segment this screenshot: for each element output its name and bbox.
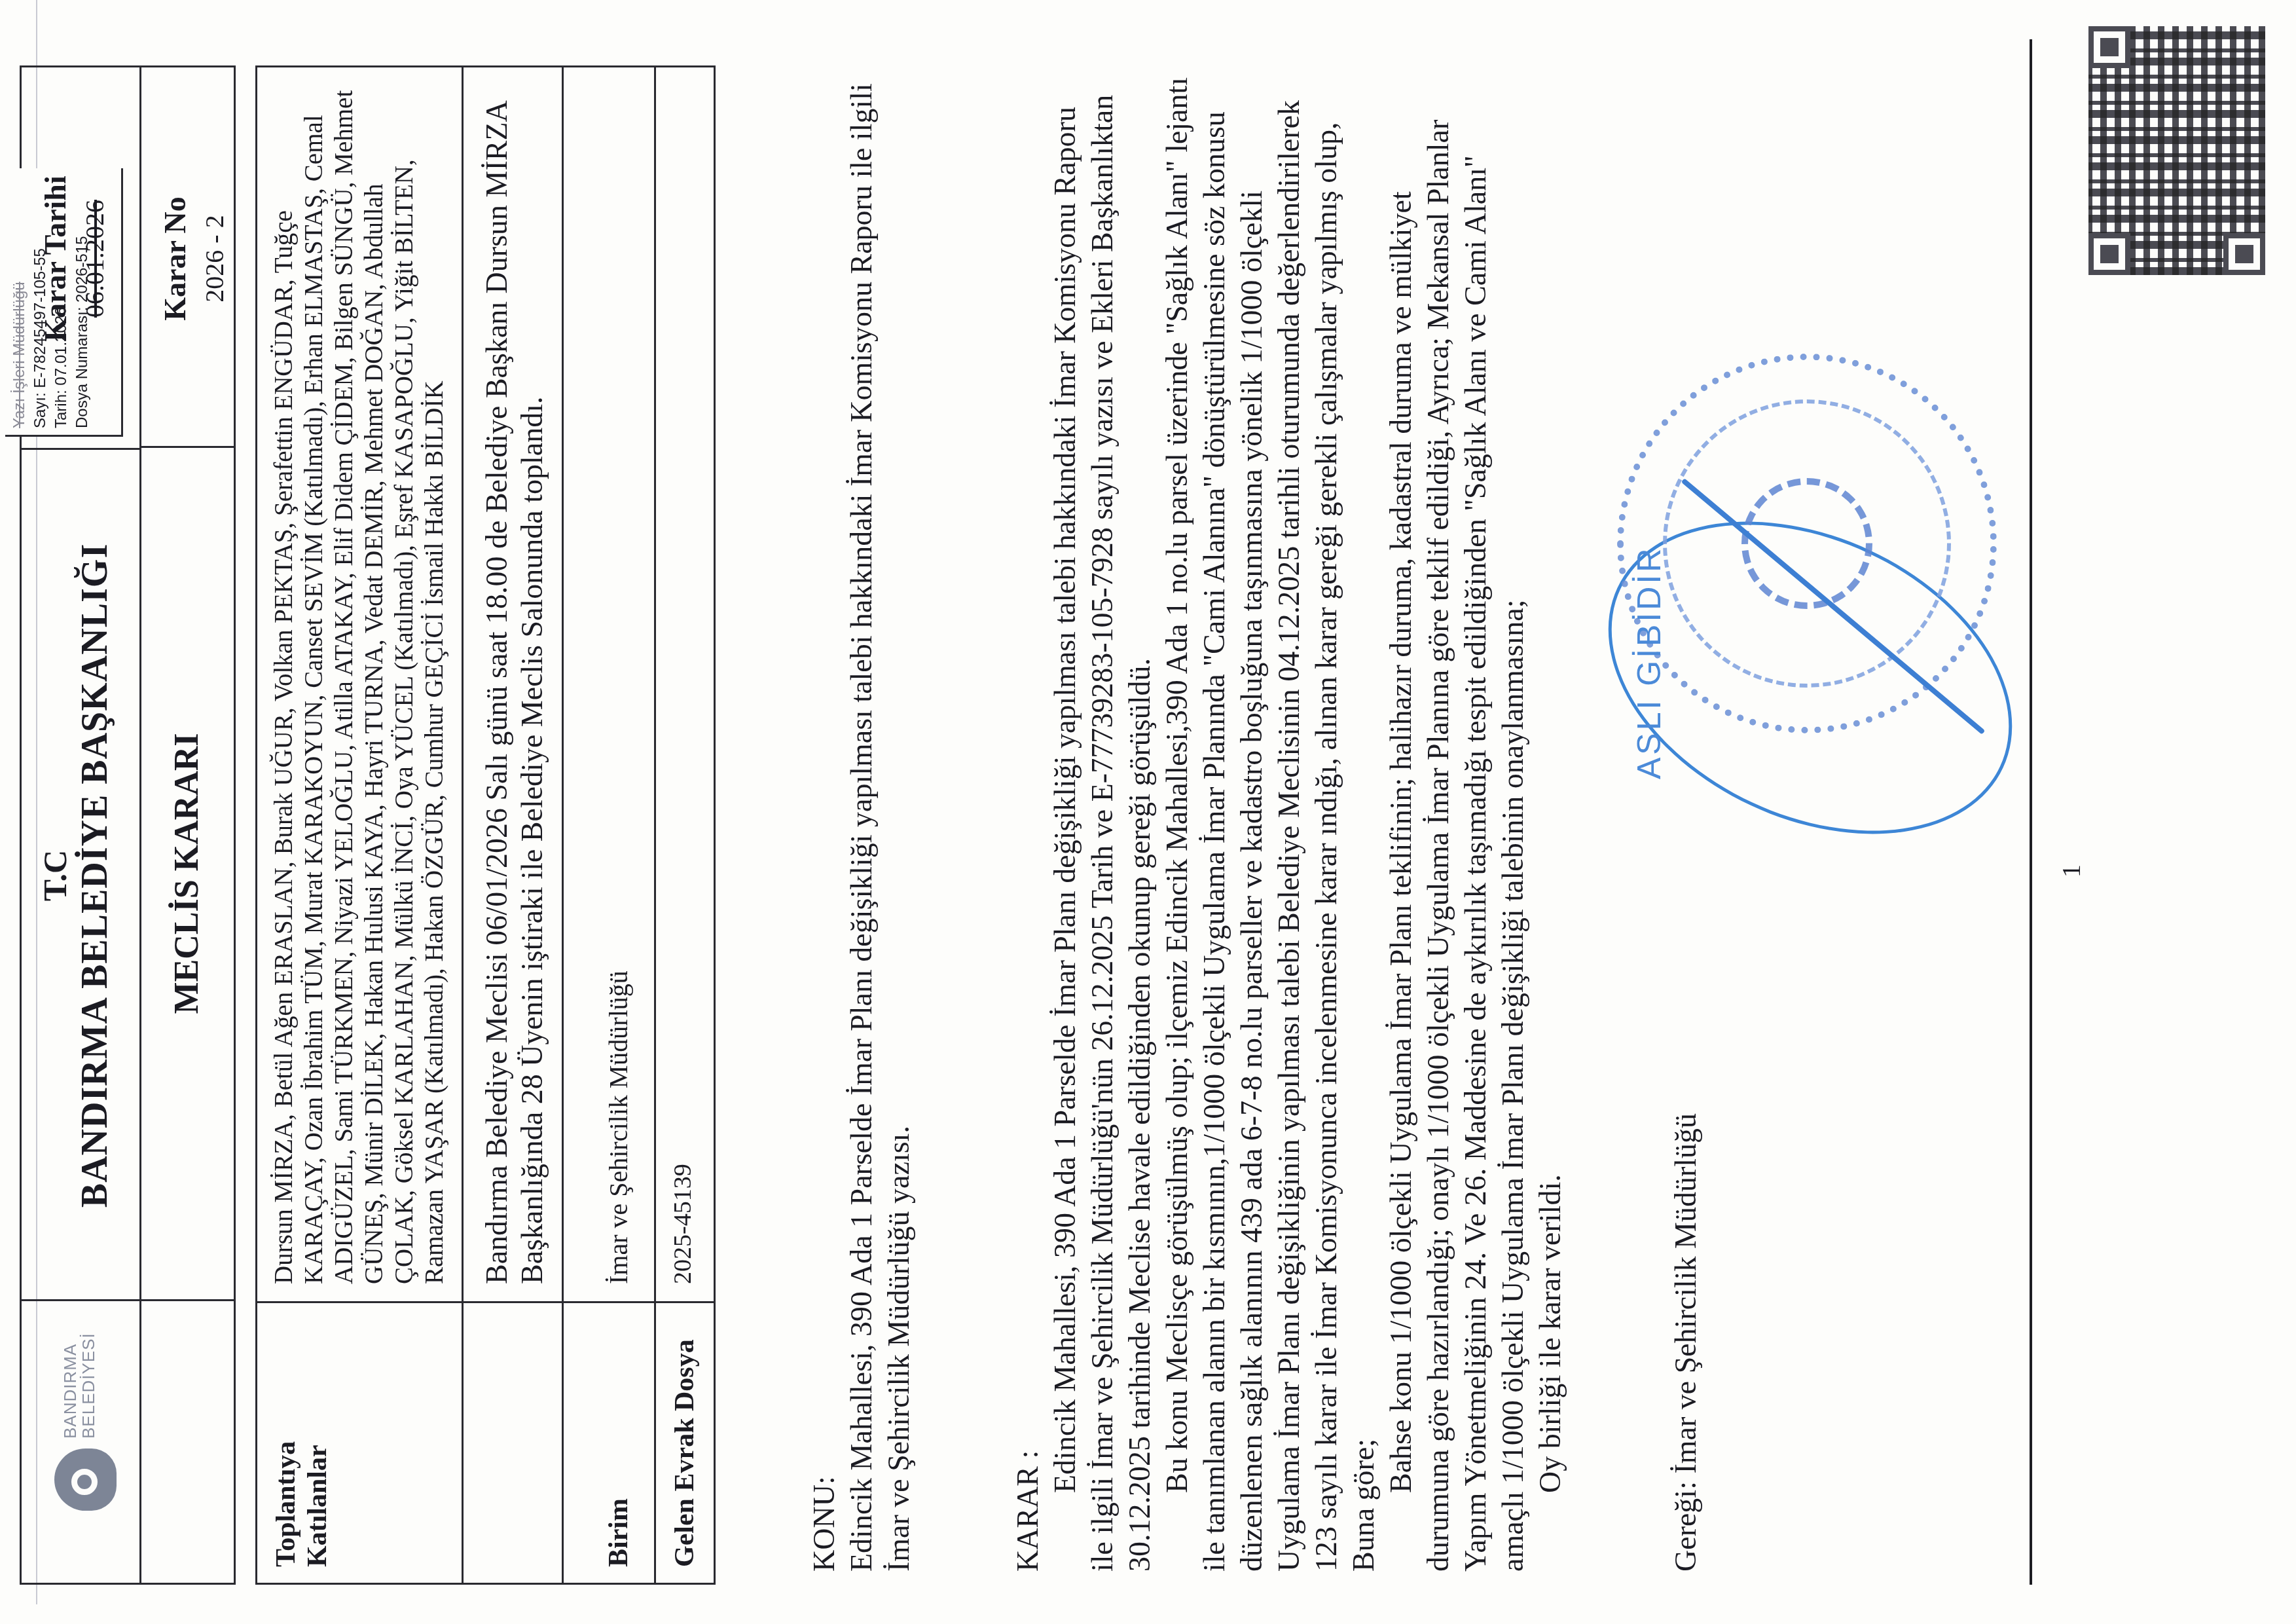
certified-copy-stamp: ASLI GİBİDİR <box>1630 546 1668 779</box>
decision-no-cell: Karar No 2026 - 2 <box>141 67 234 450</box>
decision-no-label: Karar No <box>158 67 192 450</box>
unit-label: Birim <box>564 1301 654 1583</box>
logo-text-2: BELEDİYESİ <box>79 1333 98 1439</box>
title-cell: T.C BANDIRMA BELEDİYE BAŞKANLIĞI Yazı İş… <box>22 448 139 1301</box>
subject-label: KONU: <box>805 72 843 1572</box>
decision-paragraph: Bu konu Meclisçe görüşülmüş olup; ilçemi… <box>1158 72 1382 1572</box>
municipality-logo: BANDIRMA BELEDİYESİ <box>54 1367 120 1511</box>
footer-divider <box>2030 39 2032 1585</box>
qr-finder-icon <box>2088 233 2130 275</box>
qr-finder-icon <box>2088 26 2130 68</box>
logo-mark-icon <box>54 1449 117 1511</box>
decision-paragraph: Bahse konu 1/1000 ölçekli Uygulama İmar … <box>1382 72 1531 1572</box>
document-type: MECLİS KARARI <box>168 448 206 1299</box>
decision-label: KARAR : <box>1009 72 1046 1572</box>
document-body: KONU: Edincik Mahallesi, 390 Ada 1 Parse… <box>805 72 1704 1572</box>
participants-list: Dursun MİRZA, Betül Ağen ERASLAN, Burak … <box>257 67 462 1301</box>
logo-text-1: BANDIRMA <box>61 1333 79 1439</box>
official-seal-icon <box>1617 354 1997 733</box>
document-page: BANDIRMA BELEDİYESİ T.C BANDIRMA BELEDİY… <box>0 0 2296 1624</box>
decision-date-label: Karar Tarihi <box>38 67 73 450</box>
page-number: 1 <box>2056 864 2086 877</box>
meeting-row: Bandırma Belediye Meclisi 06/01/2026 Sal… <box>464 67 564 1583</box>
decision-no: 2026 - 2 <box>199 67 230 450</box>
document-type-cell: MECLİS KARARI <box>141 446 234 1301</box>
qr-code-icon <box>2088 26 2265 275</box>
decision-result: Oy birliği ile karar verildi. <box>1531 72 1569 1572</box>
institution-title: BANDIRMA BELEDİYE BAŞKANLIĞI <box>74 450 116 1301</box>
participants-row: Toplantıya Katılanlar Dursun MİRZA, Betü… <box>257 67 464 1583</box>
header-table: BANDIRMA BELEDİYESİ T.C BANDIRMA BELEDİY… <box>20 65 236 1585</box>
qr-finder-icon <box>2223 233 2265 275</box>
incoming-file-value: 2025-45139 <box>656 67 714 1301</box>
incoming-file-label: Gelen Evrak Dosya <box>656 1301 714 1583</box>
meeting-text: Bandırma Belediye Meclisi 06/01/2026 Sal… <box>464 67 562 1301</box>
distribution-line: Gereği: İmar ve Şehircilik Müdürlüğü <box>1667 72 1704 1572</box>
country-label: T.C <box>36 450 74 1301</box>
info-table: Toplantıya Katılanlar Dursun MİRZA, Betü… <box>255 65 716 1585</box>
unit-row: Birim İmar ve Şehircilik Müdürlüğü <box>564 67 656 1583</box>
incoming-file-row: Gelen Evrak Dosya 2025-45139 <box>656 67 714 1583</box>
decision-date-cell: Karar Tarihi 06.01.2026 <box>22 67 139 450</box>
participants-label: Toplantıya Katılanlar <box>257 1301 462 1583</box>
subject-text: Edincik Mahallesi, 390 Ada 1 Parselde İm… <box>843 72 917 1572</box>
unit-value: İmar ve Şehircilik Müdürlüğü <box>564 67 654 1301</box>
logo-cell: BANDIRMA BELEDİYESİ <box>22 1299 139 1583</box>
decision-date: 06.01.2026 <box>79 67 110 450</box>
decision-paragraph: Edincik Mahallesi, 390 Ada 1 Parselde İm… <box>1046 72 1158 1572</box>
